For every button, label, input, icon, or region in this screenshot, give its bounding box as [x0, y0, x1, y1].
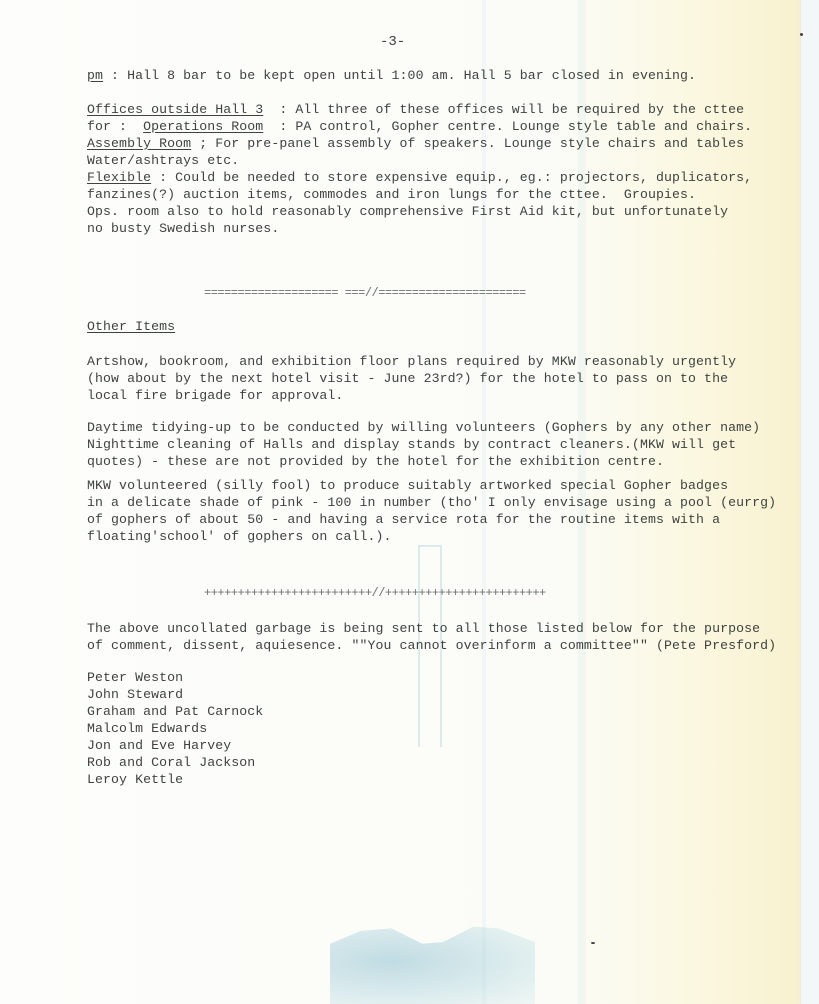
recipient-name: Peter Weston	[87, 669, 183, 686]
other-items-heading: Other Items	[87, 318, 175, 335]
text-line: Nighttime cleaning of Halls and display …	[87, 436, 736, 453]
text-line: of comment, dissent, aquiesence. ""You c…	[87, 637, 776, 654]
assembly-room-heading: Assembly Room	[87, 136, 191, 151]
offices-line-3: Assembly Room ; For pre-panel assembly o…	[87, 135, 744, 152]
offices-line-1: Offices outside Hall 3 : All three of th…	[87, 101, 744, 118]
flexible-line: Flexible : Could be needed to store expe…	[87, 169, 752, 186]
for-prefix: for :	[87, 119, 143, 134]
text-line: Artshow, bookroom, and exhibition floor …	[87, 353, 736, 370]
offices-line-6: fanzines(?) auction items, commodes and …	[87, 186, 696, 203]
operations-room-heading: Operations Room	[143, 119, 263, 134]
offices-line-7: Ops. room also to hold reasonably compre…	[87, 203, 728, 220]
recipient-name: Rob and Coral Jackson	[87, 754, 255, 771]
recipient-name: Malcolm Edwards	[87, 720, 207, 737]
section-divider-equals: ==================== ===//==============…	[204, 286, 526, 300]
assembly-room-text: ; For pre-panel assembly of speakers. Lo…	[191, 136, 744, 151]
offices-heading: Offices outside Hall 3	[87, 102, 263, 117]
scan-edge	[800, 0, 819, 1004]
section-divider-plus: +++++++++++++++++++++++++//+++++++++++++…	[204, 586, 546, 600]
recipient-name: John Steward	[87, 686, 183, 703]
offices-text: : All three of these offices will be req…	[263, 102, 744, 117]
text-line: local fire brigade for approval.	[87, 387, 343, 404]
text-line: Daytime tidying-up to be conducted by wi…	[87, 419, 760, 436]
text-line: (how about by the next hotel visit - Jun…	[87, 370, 728, 387]
bar-hours-line: pm : Hall 8 bar to be kept open until 1:…	[87, 67, 696, 84]
operations-room-text: : PA control, Gopher centre. Lounge styl…	[263, 119, 752, 134]
text-line: MKW volunteered (silly fool) to produce …	[87, 477, 728, 494]
recipient-name: Leroy Kettle	[87, 771, 183, 788]
flexible-text: : Could be needed to store expensive equ…	[151, 170, 752, 185]
flexible-heading: Flexible	[87, 170, 151, 185]
offices-line-4: Water/ashtrays etc.	[87, 152, 239, 169]
speck	[591, 942, 595, 944]
text-line: The above uncollated garbage is being se…	[87, 620, 760, 637]
offices-line-8: no busty Swedish nurses.	[87, 220, 279, 237]
recipient-name: Graham and Pat Carnock	[87, 703, 263, 720]
recipient-name: Jon and Eve Harvey	[87, 737, 231, 754]
offices-line-2: for : Operations Room : PA control, Goph…	[87, 118, 752, 135]
text-line: floating'school' of gophers on call.).	[87, 528, 392, 545]
page-number: -3-	[380, 34, 405, 50]
bar-hours-text: : Hall 8 bar to be kept open until 1:00 …	[103, 68, 696, 83]
text-line: of gophers of about 50 - and having a se…	[87, 511, 720, 528]
text-line: quotes) - these are not provided by the …	[87, 453, 664, 470]
text-line: in a delicate shade of pink - 100 in num…	[87, 494, 776, 511]
speck	[800, 33, 803, 36]
pm-label: pm	[87, 68, 103, 83]
